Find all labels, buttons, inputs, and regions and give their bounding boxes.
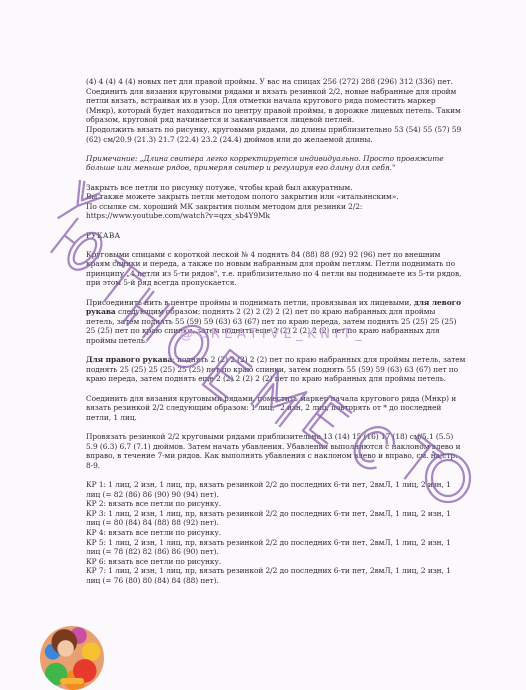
decrease-row: КР 2: вязать все петли по рисунку. — [86, 499, 466, 509]
decrease-row: КР 6: вязать все петли по рисунку. — [86, 557, 466, 567]
left-sleeve-intro: Присоединить нить в центре проймы и подн… — [86, 298, 414, 307]
decrease-row: КР 5: 1 лиц, 2 изн, 1 лиц, пр, вязать ре… — [86, 538, 466, 557]
row-label: КР 3: — [86, 509, 106, 518]
paragraph-ribbing-decreases: Провязать резинкой 2/2 круговыми рядами … — [86, 432, 466, 470]
paragraph-join-round: Соединить для вязания круговыми рядами и… — [86, 87, 466, 125]
profile-avatar-icon[interactable] — [40, 626, 104, 690]
paragraph-left-sleeve: Присоединить нить в центре проймы и подн… — [86, 298, 466, 346]
row-label: КР 6: — [86, 557, 106, 566]
row-text: 1 лиц, 2 изн, 1 лиц, пр, вязать резинкой… — [86, 566, 451, 585]
avatar-badge — [60, 678, 84, 684]
decrease-row: КР 3: 1 лиц, 2 изн, 1 лиц, пр, вязать ре… — [86, 509, 466, 528]
row-text: вязать все петли по рисунку. — [106, 528, 221, 537]
section-heading-sleeves: РУКАВА — [86, 231, 466, 241]
paragraph-continue-length: Продолжить вязать по рисунку, круговыми … — [86, 125, 466, 144]
note-paragraph: Примечание: „Длина свитера легко коррект… — [86, 154, 466, 173]
right-sleeve-label: Для правого рукава — [86, 355, 172, 364]
paragraph-pick-up-sleeves: Круговыми спицами с короткой леской № 4 … — [86, 250, 466, 288]
document-page: (4) 4 (4) 4 (4) новых пет для правой про… — [86, 77, 466, 585]
youtube-link[interactable]: https://www.youtube.com/watch?v=qzx_sb4Y… — [86, 211, 270, 220]
row-text: вязать все петли по рисунку. — [106, 557, 221, 566]
row-label: КР 2: — [86, 499, 106, 508]
paragraph-bind-off-2: Вы также можете закрыть петли методом по… — [86, 192, 466, 202]
row-label: КР 5: — [86, 538, 106, 547]
row-text: 1 лиц, 2 изн, 1 лиц, пр, вязать резинкой… — [86, 509, 451, 528]
row-text: 1 лиц, 2 изн, 1 лиц, пр, вязать резинкой… — [86, 480, 451, 499]
left-sleeve-text: следующим образом: поднять 2 (2) 2 (2) 2… — [86, 307, 456, 345]
decrease-row: КР 7: 1 лиц, 2 изн, 1 лиц, пр, вязать ре… — [86, 566, 466, 585]
paragraph-bind-off-1: Закрыть все петли по рисунку потуже, что… — [86, 183, 466, 193]
paragraph-bind-off-3: По ссылке см. хороший МК закрытия полым … — [86, 202, 466, 212]
row-text: 1 лиц, 2 изн, 1 лиц, пр, вязать резинкой… — [86, 538, 451, 557]
row-label: КР 7: — [86, 566, 106, 575]
row-label: КР 4: — [86, 528, 106, 537]
row-text: вязать все петли по рисунку. — [106, 499, 221, 508]
paragraph-right-sleeve: Для правого рукава: поднять 2 (2) 2 (2) … — [86, 355, 466, 384]
decrease-rows-list: КР 1: 1 лиц, 2 изн, 1 лиц, пр, вязать ре… — [86, 480, 466, 586]
row-label: КР 1: — [86, 480, 106, 489]
decrease-row: КР 4: вязать все петли по рисунку. — [86, 528, 466, 538]
paragraph-join-ribbing: Соединить для вязания круговыми рядами, … — [86, 394, 466, 423]
decrease-row: КР 1: 1 лиц, 2 изн, 1 лиц, пр, вязать ре… — [86, 480, 466, 499]
paragraph-armhole-stitches: (4) 4 (4) 4 (4) новых пет для правой про… — [86, 77, 466, 87]
